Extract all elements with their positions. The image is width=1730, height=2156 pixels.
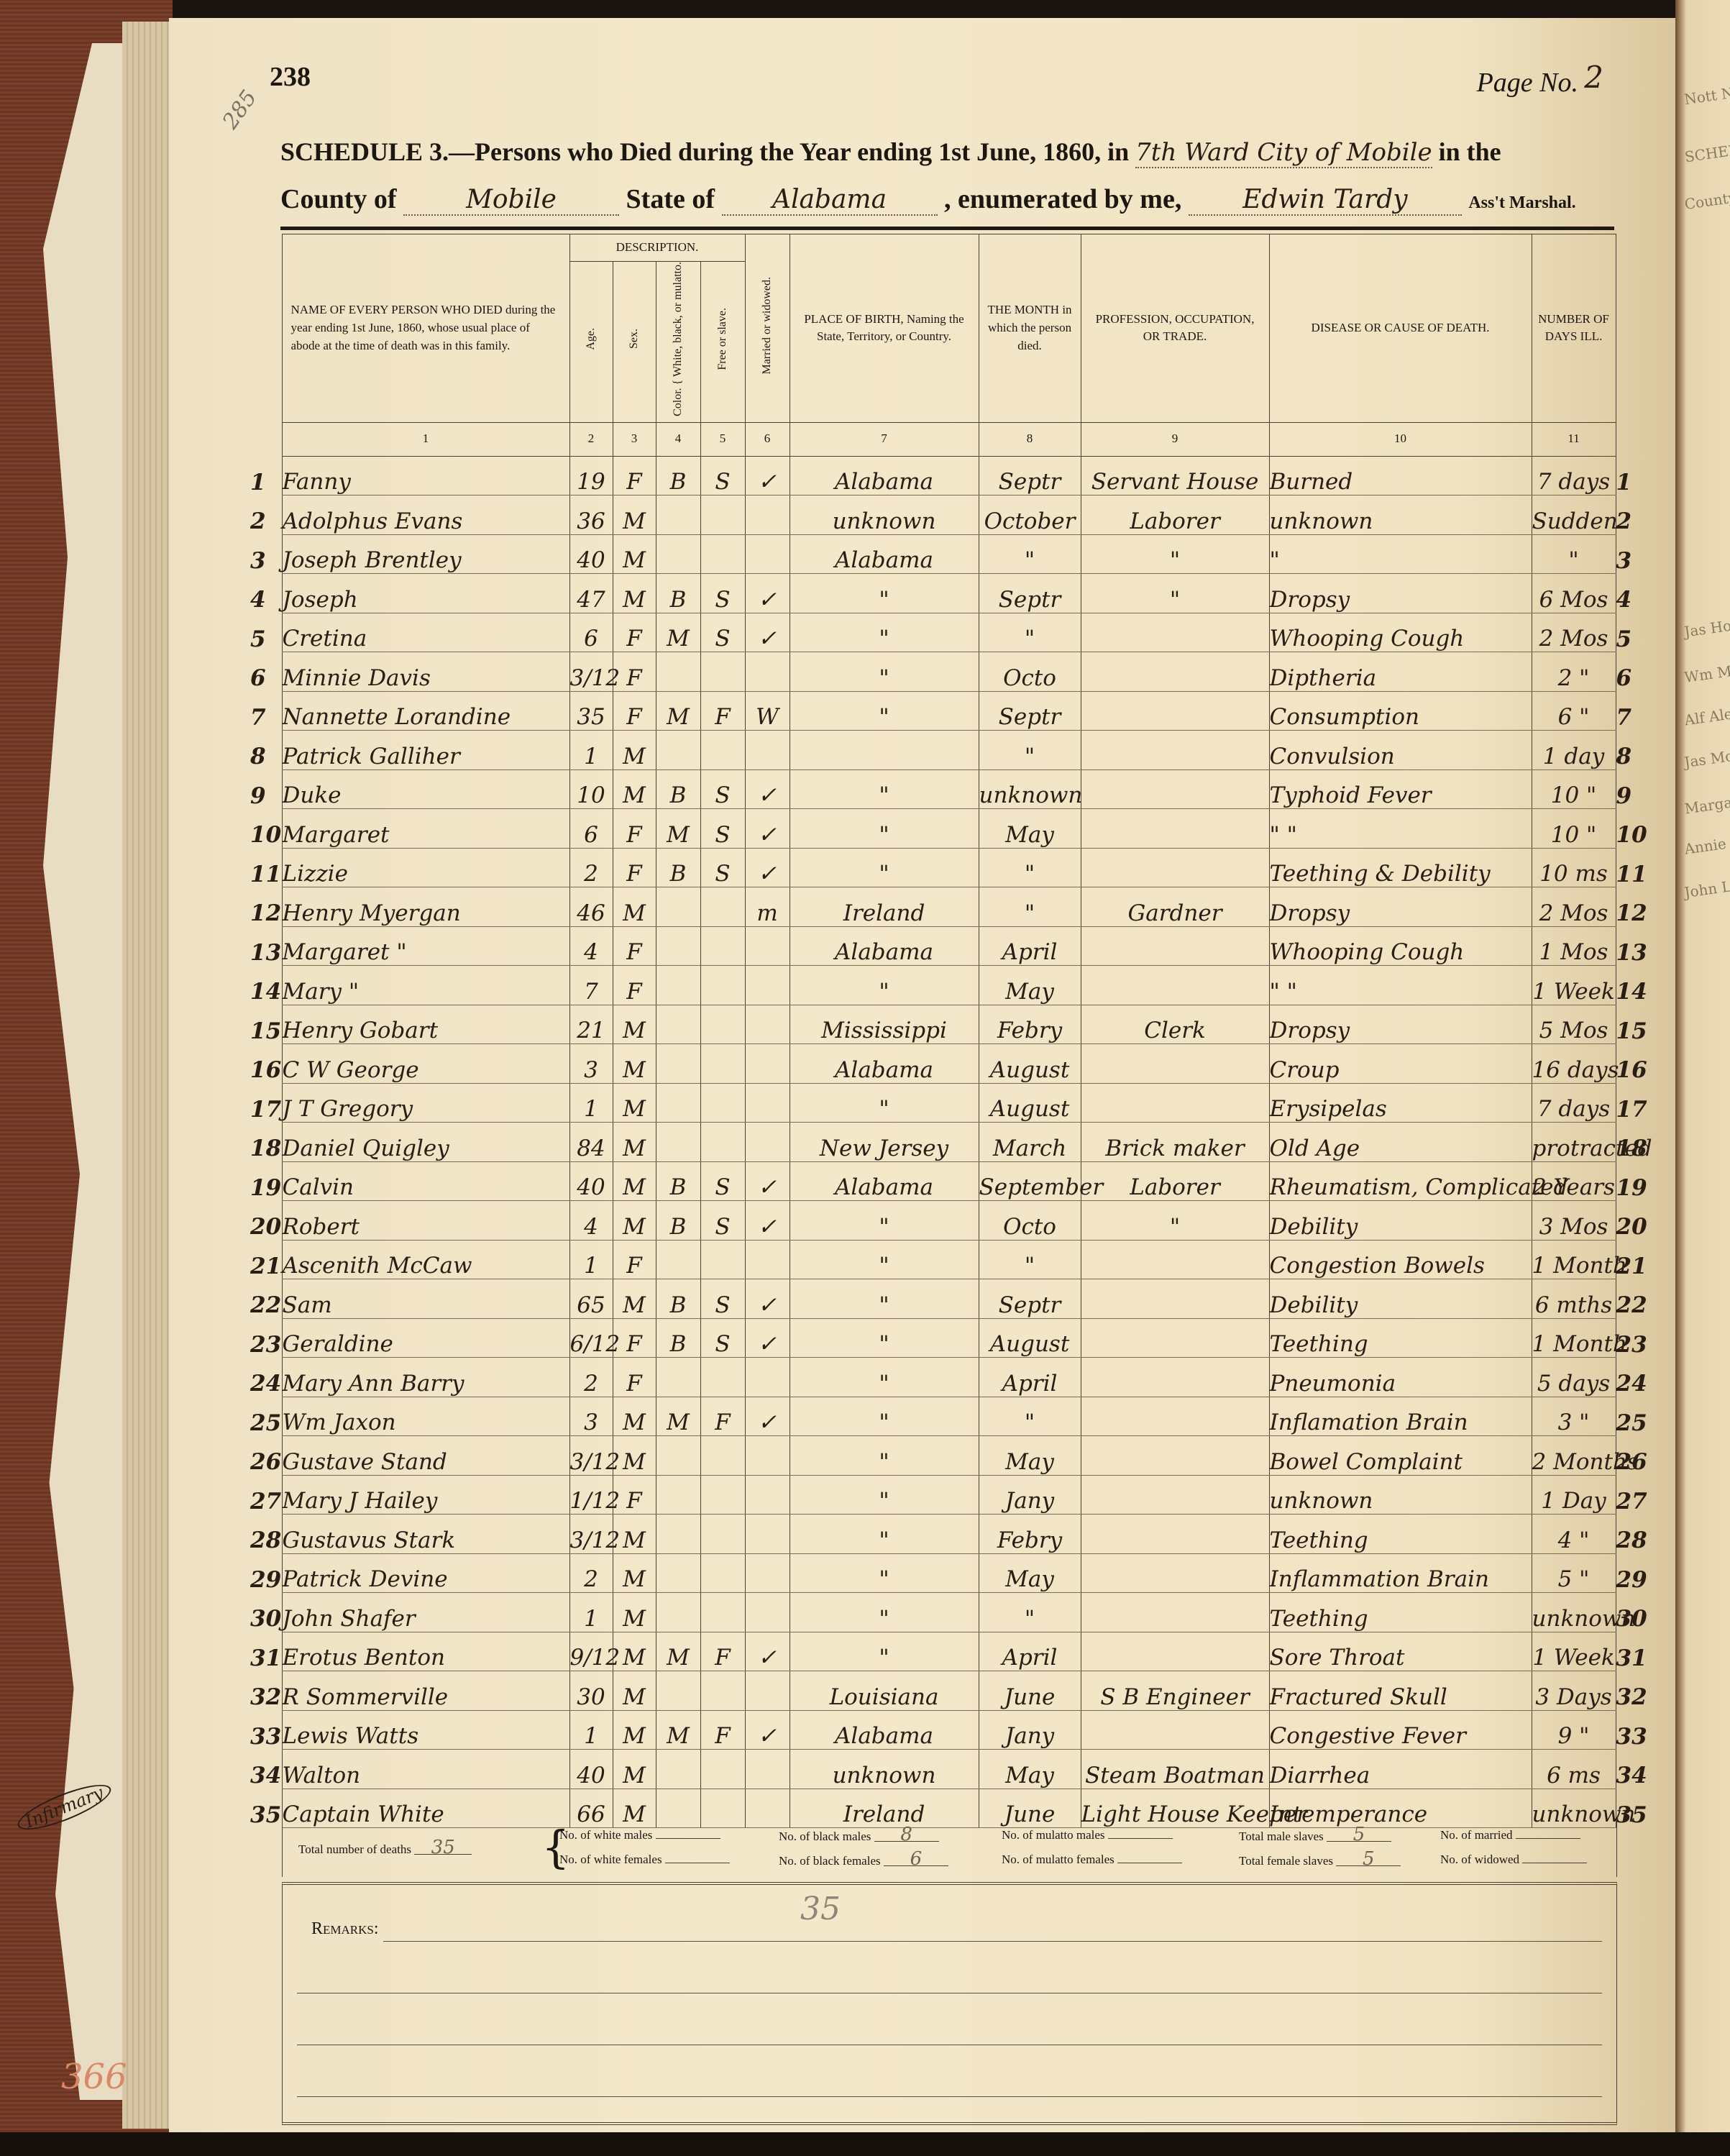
free-slave-cell: S xyxy=(700,809,745,849)
free-slave-cell xyxy=(700,1083,745,1123)
color-cell xyxy=(656,887,700,927)
cause-cell: Bowel Complaint xyxy=(1269,1436,1532,1476)
sex-cell: M xyxy=(613,1161,656,1201)
cause-cell: Typhoid Fever xyxy=(1269,769,1532,809)
black-males-label: No. of black males xyxy=(779,1830,871,1843)
row-number-right: 22 xyxy=(1616,1279,1644,1319)
occupation-cell xyxy=(1081,848,1269,887)
birthplace-cell: " xyxy=(790,1358,979,1397)
month-cell: March xyxy=(979,1123,1081,1162)
row-number-right: 6 xyxy=(1616,652,1644,692)
month-cell: " xyxy=(979,731,1081,770)
cause-cell: Diptheria xyxy=(1269,652,1532,692)
cause-cell: Debility xyxy=(1269,1279,1532,1319)
name-cell: Fanny xyxy=(282,456,569,495)
days-ill-cell: 1 Day xyxy=(1532,1475,1616,1515)
occupation-cell: " xyxy=(1081,534,1269,574)
color-cell: M xyxy=(656,1397,700,1436)
col-header-color: Color. { White, black, or mulatto. xyxy=(669,262,686,416)
color-cell: B xyxy=(656,1201,700,1241)
row-number-right: 8 xyxy=(1616,731,1644,770)
birthplace-cell: Alabama xyxy=(790,926,979,966)
adjacent-page-text: Jas Hovin xyxy=(1683,613,1730,640)
days-ill-cell: 9 " xyxy=(1532,1710,1616,1750)
name-cell: Erotus Benton xyxy=(282,1632,569,1671)
color-cell: B xyxy=(656,1161,700,1201)
married-cell: m xyxy=(745,887,790,927)
name-cell: Gustavus Stark xyxy=(282,1515,569,1554)
cause-cell: " " xyxy=(1269,809,1532,849)
days-ill-cell: Sudden xyxy=(1532,495,1616,535)
month-cell: Jany xyxy=(979,1710,1081,1750)
row-number-right: 30 xyxy=(1616,1593,1644,1632)
married-cell: W xyxy=(745,691,790,731)
name-cell: Henry Gobart xyxy=(282,1005,569,1044)
county-field: Mobile xyxy=(403,185,619,216)
widowed-label: No. of widowed xyxy=(1440,1853,1519,1866)
sex-cell: F xyxy=(613,809,656,849)
married-cell xyxy=(745,1593,790,1632)
free-slave-cell xyxy=(700,1123,745,1162)
pencil-number: 285 xyxy=(218,86,262,134)
days-ill-cell: 3 " xyxy=(1532,1397,1616,1436)
sex-cell: M xyxy=(613,731,656,770)
days-ill-cell: " xyxy=(1532,534,1616,574)
birthplace-cell: " xyxy=(790,574,979,613)
month-cell: Septr xyxy=(979,691,1081,731)
days-ill-cell: 10 " xyxy=(1532,769,1616,809)
col-header-description: DESCRIPTION. xyxy=(569,234,745,262)
cause-cell: Pneumonia xyxy=(1269,1358,1532,1397)
name-cell: Mary J Hailey xyxy=(282,1475,569,1515)
table-row: 32R Sommerville30MLouisianaJuneS B Engin… xyxy=(282,1671,1644,1711)
month-cell: October xyxy=(979,495,1081,535)
adjacent-page-edge: Nott NorSCHEDULE 3.—PersonCounty of Mobi… xyxy=(1675,0,1730,2156)
mulatto-males-value xyxy=(1108,1838,1173,1839)
free-slave-cell: S xyxy=(700,456,745,495)
birthplace-cell: " xyxy=(790,1240,979,1279)
table-row: 15Henry Gobart21MMississippiFebryClerkDr… xyxy=(282,1005,1644,1044)
married-value xyxy=(1516,1838,1580,1839)
deaths-table: NAME OF EVERY PERSON WHO DIED during the… xyxy=(282,234,1644,1828)
cause-cell: Teething xyxy=(1269,1318,1532,1358)
married-cell xyxy=(745,495,790,535)
table-row: 12Henry Myergan46MmIreland"GardnerDropsy… xyxy=(282,887,1644,927)
name-cell: C W George xyxy=(282,1044,569,1084)
occupation-cell xyxy=(1081,1515,1269,1554)
name-cell: Joseph Brentley xyxy=(282,534,569,574)
name-cell: J T Gregory xyxy=(282,1083,569,1123)
black-males-value: 8 xyxy=(874,1828,939,1842)
occupation-cell xyxy=(1081,1083,1269,1123)
row-number-right: 7 xyxy=(1616,691,1644,731)
table-row: 28Gustavus Stark3/12M"FebryTeething4 "28 xyxy=(282,1515,1644,1554)
days-ill-cell: 6 " xyxy=(1532,691,1616,731)
name-cell: Robert xyxy=(282,1201,569,1241)
sex-cell: M xyxy=(613,574,656,613)
days-ill-cell: 1 Week xyxy=(1532,966,1616,1005)
age-cell: 35 xyxy=(569,691,613,731)
adjacent-page-text: John Lanford xyxy=(1683,871,1730,901)
col-number: 10 xyxy=(1269,422,1532,456)
col-header-disease: DISEASE OR CAUSE OF DEATH. xyxy=(1269,234,1532,423)
header-rule xyxy=(280,227,1614,230)
free-slave-cell: S xyxy=(700,613,745,652)
birthplace-cell: " xyxy=(790,691,979,731)
age-cell: 4 xyxy=(569,1201,613,1241)
married-cell: ✓ xyxy=(745,1318,790,1358)
occupation-cell xyxy=(1081,809,1269,849)
occupation-cell xyxy=(1081,1475,1269,1515)
name-cell: Henry Myergan xyxy=(282,887,569,927)
col-header-age: Age. xyxy=(582,328,599,350)
color-cell xyxy=(656,652,700,692)
remarks-line xyxy=(297,2096,1602,2097)
birthplace-cell xyxy=(790,731,979,770)
table-row: 26Gustave Stand3/12M"MayBowel Complaint2… xyxy=(282,1436,1644,1476)
married-cell xyxy=(745,1044,790,1084)
free-slave-cell xyxy=(700,1671,745,1711)
sex-cell: M xyxy=(613,1123,656,1162)
row-number-right: 9 xyxy=(1616,769,1644,809)
adjacent-page-text: County of Mobile xyxy=(1683,178,1730,213)
cause-cell: Old Age xyxy=(1269,1123,1532,1162)
ledger-page: 238 285 Page No. 2 SCHEDULE 3.—Persons w… xyxy=(169,18,1686,2132)
days-ill-cell: 1 Mos xyxy=(1532,926,1616,966)
name-cell: Calvin xyxy=(282,1161,569,1201)
birthplace-cell: " xyxy=(790,769,979,809)
table-row: 5Cretina6FMS✓""Whooping Cough2 Mos5 xyxy=(282,613,1644,652)
color-cell xyxy=(656,966,700,1005)
col-number: 7 xyxy=(790,422,979,456)
days-ill-cell: 6 Mos xyxy=(1532,574,1616,613)
table-row: 1Fanny19FBS✓AlabamaSeptrServant HouseBur… xyxy=(282,456,1644,495)
month-cell: April xyxy=(979,1358,1081,1397)
color-cell xyxy=(656,1240,700,1279)
age-cell: 36 xyxy=(569,495,613,535)
cause-cell: Dropsy xyxy=(1269,887,1532,927)
col-header-occupation: PROFESSION, OCCUPATION, OR TRADE. xyxy=(1081,234,1269,423)
color-cell xyxy=(656,1750,700,1789)
age-cell: 3 xyxy=(569,1044,613,1084)
color-cell: B xyxy=(656,848,700,887)
month-cell: Octo xyxy=(979,652,1081,692)
row-number-right: 10 xyxy=(1616,809,1644,849)
row-number-right: 32 xyxy=(1616,1671,1644,1711)
table-row: 14Mary "7F"May" "1 Week14 xyxy=(282,966,1644,1005)
month-cell: April xyxy=(979,926,1081,966)
name-cell: R Sommerville xyxy=(282,1671,569,1711)
remarks-line xyxy=(297,1993,1602,1993)
col-number: 4 xyxy=(656,422,700,456)
name-cell: Nannette Lorandine xyxy=(282,691,569,731)
days-ill-cell: unknown xyxy=(1532,1593,1616,1632)
color-cell xyxy=(656,534,700,574)
month-cell: Febry xyxy=(979,1005,1081,1044)
married-cell xyxy=(745,1750,790,1789)
days-ill-cell: 10 ms xyxy=(1532,848,1616,887)
age-cell: 40 xyxy=(569,1161,613,1201)
remarks-value: 35 xyxy=(800,1891,841,1927)
col-header-married: Married or widowed. xyxy=(759,277,775,375)
name-cell: Wm Jaxon xyxy=(282,1397,569,1436)
table-row: 23Geraldine6/12FBS✓"AugustTeething1 Mont… xyxy=(282,1318,1644,1358)
occupation-cell xyxy=(1081,1358,1269,1397)
title-prefix: SCHEDULE 3.—Persons who Died during the … xyxy=(280,137,1129,166)
female-slaves-label: Total female slaves xyxy=(1239,1854,1333,1868)
table-row: 13Margaret "4FAlabamaAprilWhooping Cough… xyxy=(282,926,1644,966)
married-cell: ✓ xyxy=(745,1632,790,1671)
row-number-right: 1 xyxy=(1616,456,1644,495)
sex-cell: M xyxy=(613,1397,656,1436)
age-cell: 2 xyxy=(569,1358,613,1397)
free-slave-cell: S xyxy=(700,1279,745,1319)
free-slave-cell xyxy=(700,966,745,1005)
table-row: 6Minnie Davis3/12F"OctoDiptheria2 "6 xyxy=(282,652,1644,692)
occupation-cell xyxy=(1081,926,1269,966)
month-cell: " xyxy=(979,887,1081,927)
sex-cell: F xyxy=(613,926,656,966)
free-slave-cell xyxy=(700,1750,745,1789)
table-row: 10Margaret6FMS✓"May" "10 "10 xyxy=(282,809,1644,849)
occupation-cell: " xyxy=(1081,574,1269,613)
table-row: 19Calvin40MBS✓AlabamaSeptemberLaborerRhe… xyxy=(282,1161,1644,1201)
sex-cell: M xyxy=(613,1279,656,1319)
birthplace-cell: Mississippi xyxy=(790,1005,979,1044)
color-cell: B xyxy=(656,1279,700,1319)
cause-cell: " " xyxy=(1269,966,1532,1005)
cause-cell: Debility xyxy=(1269,1201,1532,1241)
female-slaves-value: 5 xyxy=(1336,1853,1401,1866)
table-row: 8Patrick Galliher1M"Convulsion1 day8 xyxy=(282,731,1644,770)
sex-cell: M xyxy=(613,1671,656,1711)
occupation-cell xyxy=(1081,966,1269,1005)
page-number-value: 2 xyxy=(1584,60,1603,95)
month-cell: Septr xyxy=(979,574,1081,613)
occupation-cell xyxy=(1081,613,1269,652)
days-ill-cell: 5 Mos xyxy=(1532,1005,1616,1044)
month-cell: " xyxy=(979,534,1081,574)
birthplace-cell: " xyxy=(790,652,979,692)
month-cell: September xyxy=(979,1161,1081,1201)
color-cell: B xyxy=(656,574,700,613)
month-cell: Octo xyxy=(979,1201,1081,1241)
free-slave-cell: S xyxy=(700,1201,745,1241)
month-cell: unknown xyxy=(979,769,1081,809)
married-cell xyxy=(745,966,790,1005)
birthplace-cell: " xyxy=(790,1475,979,1515)
row-number-right: 14 xyxy=(1616,966,1644,1005)
age-cell: 2 xyxy=(569,1553,613,1593)
month-cell: " xyxy=(979,848,1081,887)
occupation-cell xyxy=(1081,769,1269,809)
stamp-number: 238 xyxy=(270,61,311,93)
sex-cell: M xyxy=(613,1710,656,1750)
remarks-line xyxy=(383,1941,1602,1942)
married-cell: ✓ xyxy=(745,769,790,809)
adjacent-page-text: SCHEDULE 3.—Person xyxy=(1683,125,1730,166)
name-cell: Duke xyxy=(282,769,569,809)
color-cell: M xyxy=(656,809,700,849)
table-row: 3Joseph Brentley40MAlabama""""3 xyxy=(282,534,1644,574)
table-row: 18Daniel Quigley84MNew JerseyMarchBrick … xyxy=(282,1123,1644,1162)
enumerated-label: , enumerated by me, xyxy=(944,184,1181,214)
birthplace-cell: " xyxy=(790,848,979,887)
adjacent-page-text: Alf Alexander xyxy=(1683,698,1730,729)
month-cell: " xyxy=(979,613,1081,652)
color-cell: B xyxy=(656,769,700,809)
row-number-right: 20 xyxy=(1616,1201,1644,1241)
days-ill-cell: 3 Mos xyxy=(1532,1201,1616,1241)
occupation-cell xyxy=(1081,731,1269,770)
state-label: State of xyxy=(626,184,715,214)
birthplace-cell: Alabama xyxy=(790,1161,979,1201)
month-cell: June xyxy=(979,1671,1081,1711)
cause-cell: Burned xyxy=(1269,456,1532,495)
days-ill-cell: 1 day xyxy=(1532,731,1616,770)
name-cell: Sam xyxy=(282,1279,569,1319)
color-cell: M xyxy=(656,1710,700,1750)
sex-cell: M xyxy=(613,1044,656,1084)
cause-cell: Teething & Debility xyxy=(1269,848,1532,887)
row-number-right: 25 xyxy=(1616,1397,1644,1436)
month-cell: Jany xyxy=(979,1475,1081,1515)
occupation-cell xyxy=(1081,1553,1269,1593)
name-cell: Adolphus Evans xyxy=(282,495,569,535)
mulatto-females-label: No. of mulatto females xyxy=(1002,1853,1115,1866)
name-cell: Walton xyxy=(282,1750,569,1789)
age-cell: 19 xyxy=(569,456,613,495)
adjacent-page-text: Margaret Manger xyxy=(1683,782,1730,817)
cause-cell: Rheumatism, Complicated xyxy=(1269,1161,1532,1201)
married-cell xyxy=(745,652,790,692)
row-number-right: 5 xyxy=(1616,613,1644,652)
col-header-birthplace: PLACE OF BIRTH, Naming the State, Territ… xyxy=(790,234,979,423)
month-cell: April xyxy=(979,1632,1081,1671)
row-number-right: 35 xyxy=(1616,1789,1644,1828)
row-number-right: 12 xyxy=(1616,887,1644,927)
cause-cell: Dropsy xyxy=(1269,574,1532,613)
table-row: 2Adolphus Evans36MunknownOctoberLaboreru… xyxy=(282,495,1644,535)
days-ill-cell: 2 Months xyxy=(1532,1436,1616,1476)
county-label: County of xyxy=(280,184,397,214)
month-cell: May xyxy=(979,1750,1081,1789)
days-ill-cell: 2 Mos xyxy=(1532,613,1616,652)
cause-cell: Dropsy xyxy=(1269,1005,1532,1044)
free-slave-cell xyxy=(700,1240,745,1279)
row-number-right: 28 xyxy=(1616,1515,1644,1554)
free-slave-cell xyxy=(700,534,745,574)
age-cell: 46 xyxy=(569,887,613,927)
days-ill-cell: protracted xyxy=(1532,1123,1616,1162)
birthplace-cell: " xyxy=(790,966,979,1005)
days-ill-cell: 1 Month xyxy=(1532,1318,1616,1358)
color-cell xyxy=(656,1671,700,1711)
occupation-cell xyxy=(1081,1318,1269,1358)
month-cell: May xyxy=(979,1553,1081,1593)
row-number-right: 19 xyxy=(1616,1161,1644,1201)
col-number: 8 xyxy=(979,422,1081,456)
married-cell: ✓ xyxy=(745,1710,790,1750)
days-ill-cell: 4 " xyxy=(1532,1515,1616,1554)
occupation-cell: Clerk xyxy=(1081,1005,1269,1044)
age-cell: 3/12 xyxy=(569,652,613,692)
birthplace-cell: Ireland xyxy=(790,887,979,927)
name-cell: Joseph xyxy=(282,574,569,613)
month-cell: Septr xyxy=(979,1279,1081,1319)
cause-cell: Consumption xyxy=(1269,691,1532,731)
cause-cell: Congestive Fever xyxy=(1269,1710,1532,1750)
cause-cell: Whooping Cough xyxy=(1269,613,1532,652)
sex-cell: M xyxy=(613,1201,656,1241)
occupation-cell xyxy=(1081,1632,1269,1671)
mulatto-females-value xyxy=(1117,1863,1182,1863)
age-cell: 84 xyxy=(569,1123,613,1162)
name-cell: Minnie Davis xyxy=(282,652,569,692)
remarks-label: Remarks: xyxy=(311,1919,379,1939)
sex-cell: M xyxy=(613,1593,656,1632)
birthplace-cell: Louisiana xyxy=(790,1671,979,1711)
days-ill-cell: 16 days xyxy=(1532,1044,1616,1084)
married-cell: ✓ xyxy=(745,574,790,613)
occupation-cell: " xyxy=(1081,1201,1269,1241)
age-cell: 30 xyxy=(569,1671,613,1711)
name-cell: Geraldine xyxy=(282,1318,569,1358)
table-row: 4Joseph47MBS✓"Septr"Dropsy6 Mos4 xyxy=(282,574,1644,613)
color-cell: B xyxy=(656,456,700,495)
cause-cell: Whooping Cough xyxy=(1269,926,1532,966)
white-females-value xyxy=(665,1863,730,1863)
age-cell: 6 xyxy=(569,613,613,652)
total-deaths-value: 35 xyxy=(414,1841,472,1855)
name-cell: Cretina xyxy=(282,613,569,652)
age-cell: 1 xyxy=(569,1710,613,1750)
table-row: 16C W George3MAlabamaAugustCroup16 days1… xyxy=(282,1044,1644,1084)
age-cell: 40 xyxy=(569,1750,613,1789)
sex-cell: M xyxy=(613,495,656,535)
col-header-free-slave: Free or slave. xyxy=(714,308,731,370)
age-cell: 6 xyxy=(569,809,613,849)
free-slave-cell: F xyxy=(700,1397,745,1436)
state-field: Alabama xyxy=(722,185,938,216)
days-ill-cell: 2 Years xyxy=(1532,1161,1616,1201)
col-number: 5 xyxy=(700,422,745,456)
color-cell xyxy=(656,1358,700,1397)
county-line: County of Mobile State of Alabama , enum… xyxy=(280,183,1632,216)
free-slave-cell: S xyxy=(700,848,745,887)
age-cell: 21 xyxy=(569,1005,613,1044)
birthplace-cell: " xyxy=(790,1279,979,1319)
male-slaves-label: Total male slaves xyxy=(1239,1830,1324,1843)
married-cell xyxy=(745,1358,790,1397)
sex-cell: F xyxy=(613,1240,656,1279)
sex-cell: F xyxy=(613,691,656,731)
birthplace-cell: " xyxy=(790,1318,979,1358)
table-row: 30John Shafer1M""Teethingunknown30 xyxy=(282,1593,1644,1632)
birthplace-cell: Alabama xyxy=(790,534,979,574)
cause-cell: Inflammation Brain xyxy=(1269,1553,1532,1593)
bottom-shadow xyxy=(0,2132,1730,2156)
occupation-cell xyxy=(1081,691,1269,731)
month-cell: " xyxy=(979,1240,1081,1279)
birthplace-cell: " xyxy=(790,1201,979,1241)
occupation-cell: Steam Boatman xyxy=(1081,1750,1269,1789)
age-cell: 10 xyxy=(569,769,613,809)
color-cell xyxy=(656,1475,700,1515)
color-cell xyxy=(656,1593,700,1632)
color-cell xyxy=(656,495,700,535)
married-cell: ✓ xyxy=(745,809,790,849)
